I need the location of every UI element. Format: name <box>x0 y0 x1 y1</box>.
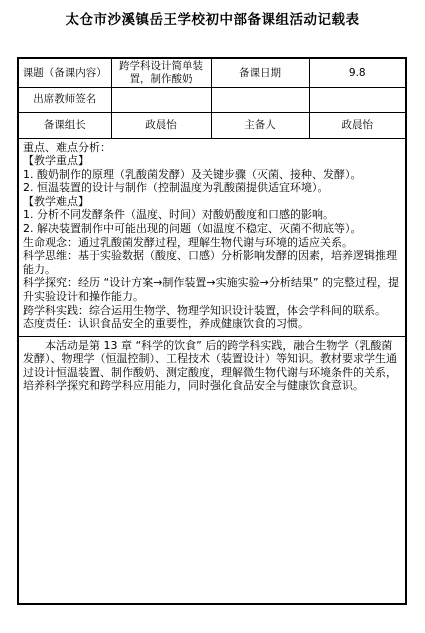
main-presenter-label: 主备人 <box>211 112 309 138</box>
key-points-difficulties-analysis-cell: 重点、难点分析： 【教学重点】 1. 酸奶制作的原理（乳酸菌发酵）及关键步骤（灭… <box>18 138 406 336</box>
signature-empty-cell-3 <box>309 87 406 112</box>
analysis-row: 重点、难点分析： 【教学重点】 1. 酸奶制作的原理（乳酸菌发酵）及关键步骤（灭… <box>18 138 406 336</box>
signature-row: 出席教师签名 <box>18 87 406 112</box>
topic-row: 课题（备课内容） 跨学科设计简单装置，制作酸奶 备课日期 9.8 <box>18 58 406 87</box>
topic-value: 跨学科设计简单装置，制作酸奶 <box>111 58 211 87</box>
leader-row: 备课组长 政晨怡 主备人 政晨怡 <box>18 112 406 138</box>
prep-date-value: 9.8 <box>309 58 406 87</box>
document-title: 太仓市沙溪镇岳王学校初中部备课组活动记载表 <box>0 8 425 28</box>
group-leader-name: 政晨怡 <box>111 112 211 138</box>
record-table: 课题（备课内容） 跨学科设计简单装置，制作酸奶 备课日期 9.8 出席教师签名 … <box>17 57 407 605</box>
group-leader-label: 备课组长 <box>18 112 111 138</box>
topic-label: 课题（备课内容） <box>18 58 111 87</box>
signature-empty-cell-2 <box>211 87 309 112</box>
attending-teachers-signature-label: 出席教师签名 <box>18 87 111 112</box>
main-presenter-name: 政晨怡 <box>309 112 406 138</box>
signature-empty-cell-1 <box>111 87 211 112</box>
document-page: 太仓市沙溪镇岳王学校初中部备课组活动记载表 课题（备课内容） 跨学科设计简单装置… <box>0 0 425 633</box>
activity-overview-cell: 本活动是第 13 章 “科学的饮食” 后的跨学科实践，融合生物学（乳酸菌发酵）、… <box>18 336 406 604</box>
activity-overview-row: 本活动是第 13 章 “科学的饮食” 后的跨学科实践，融合生物学（乳酸菌发酵）、… <box>18 336 406 604</box>
prep-date-label: 备课日期 <box>211 58 309 87</box>
